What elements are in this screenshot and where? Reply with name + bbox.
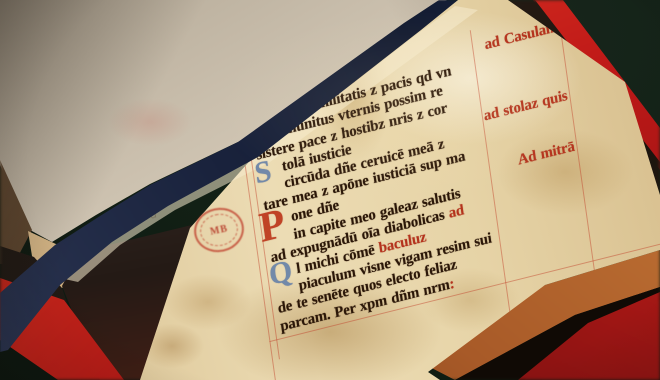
photo-manuscript-scene: { "scene": { "type": "photograph", "subj… xyxy=(0,0,660,380)
vignette-overlay xyxy=(0,0,660,380)
